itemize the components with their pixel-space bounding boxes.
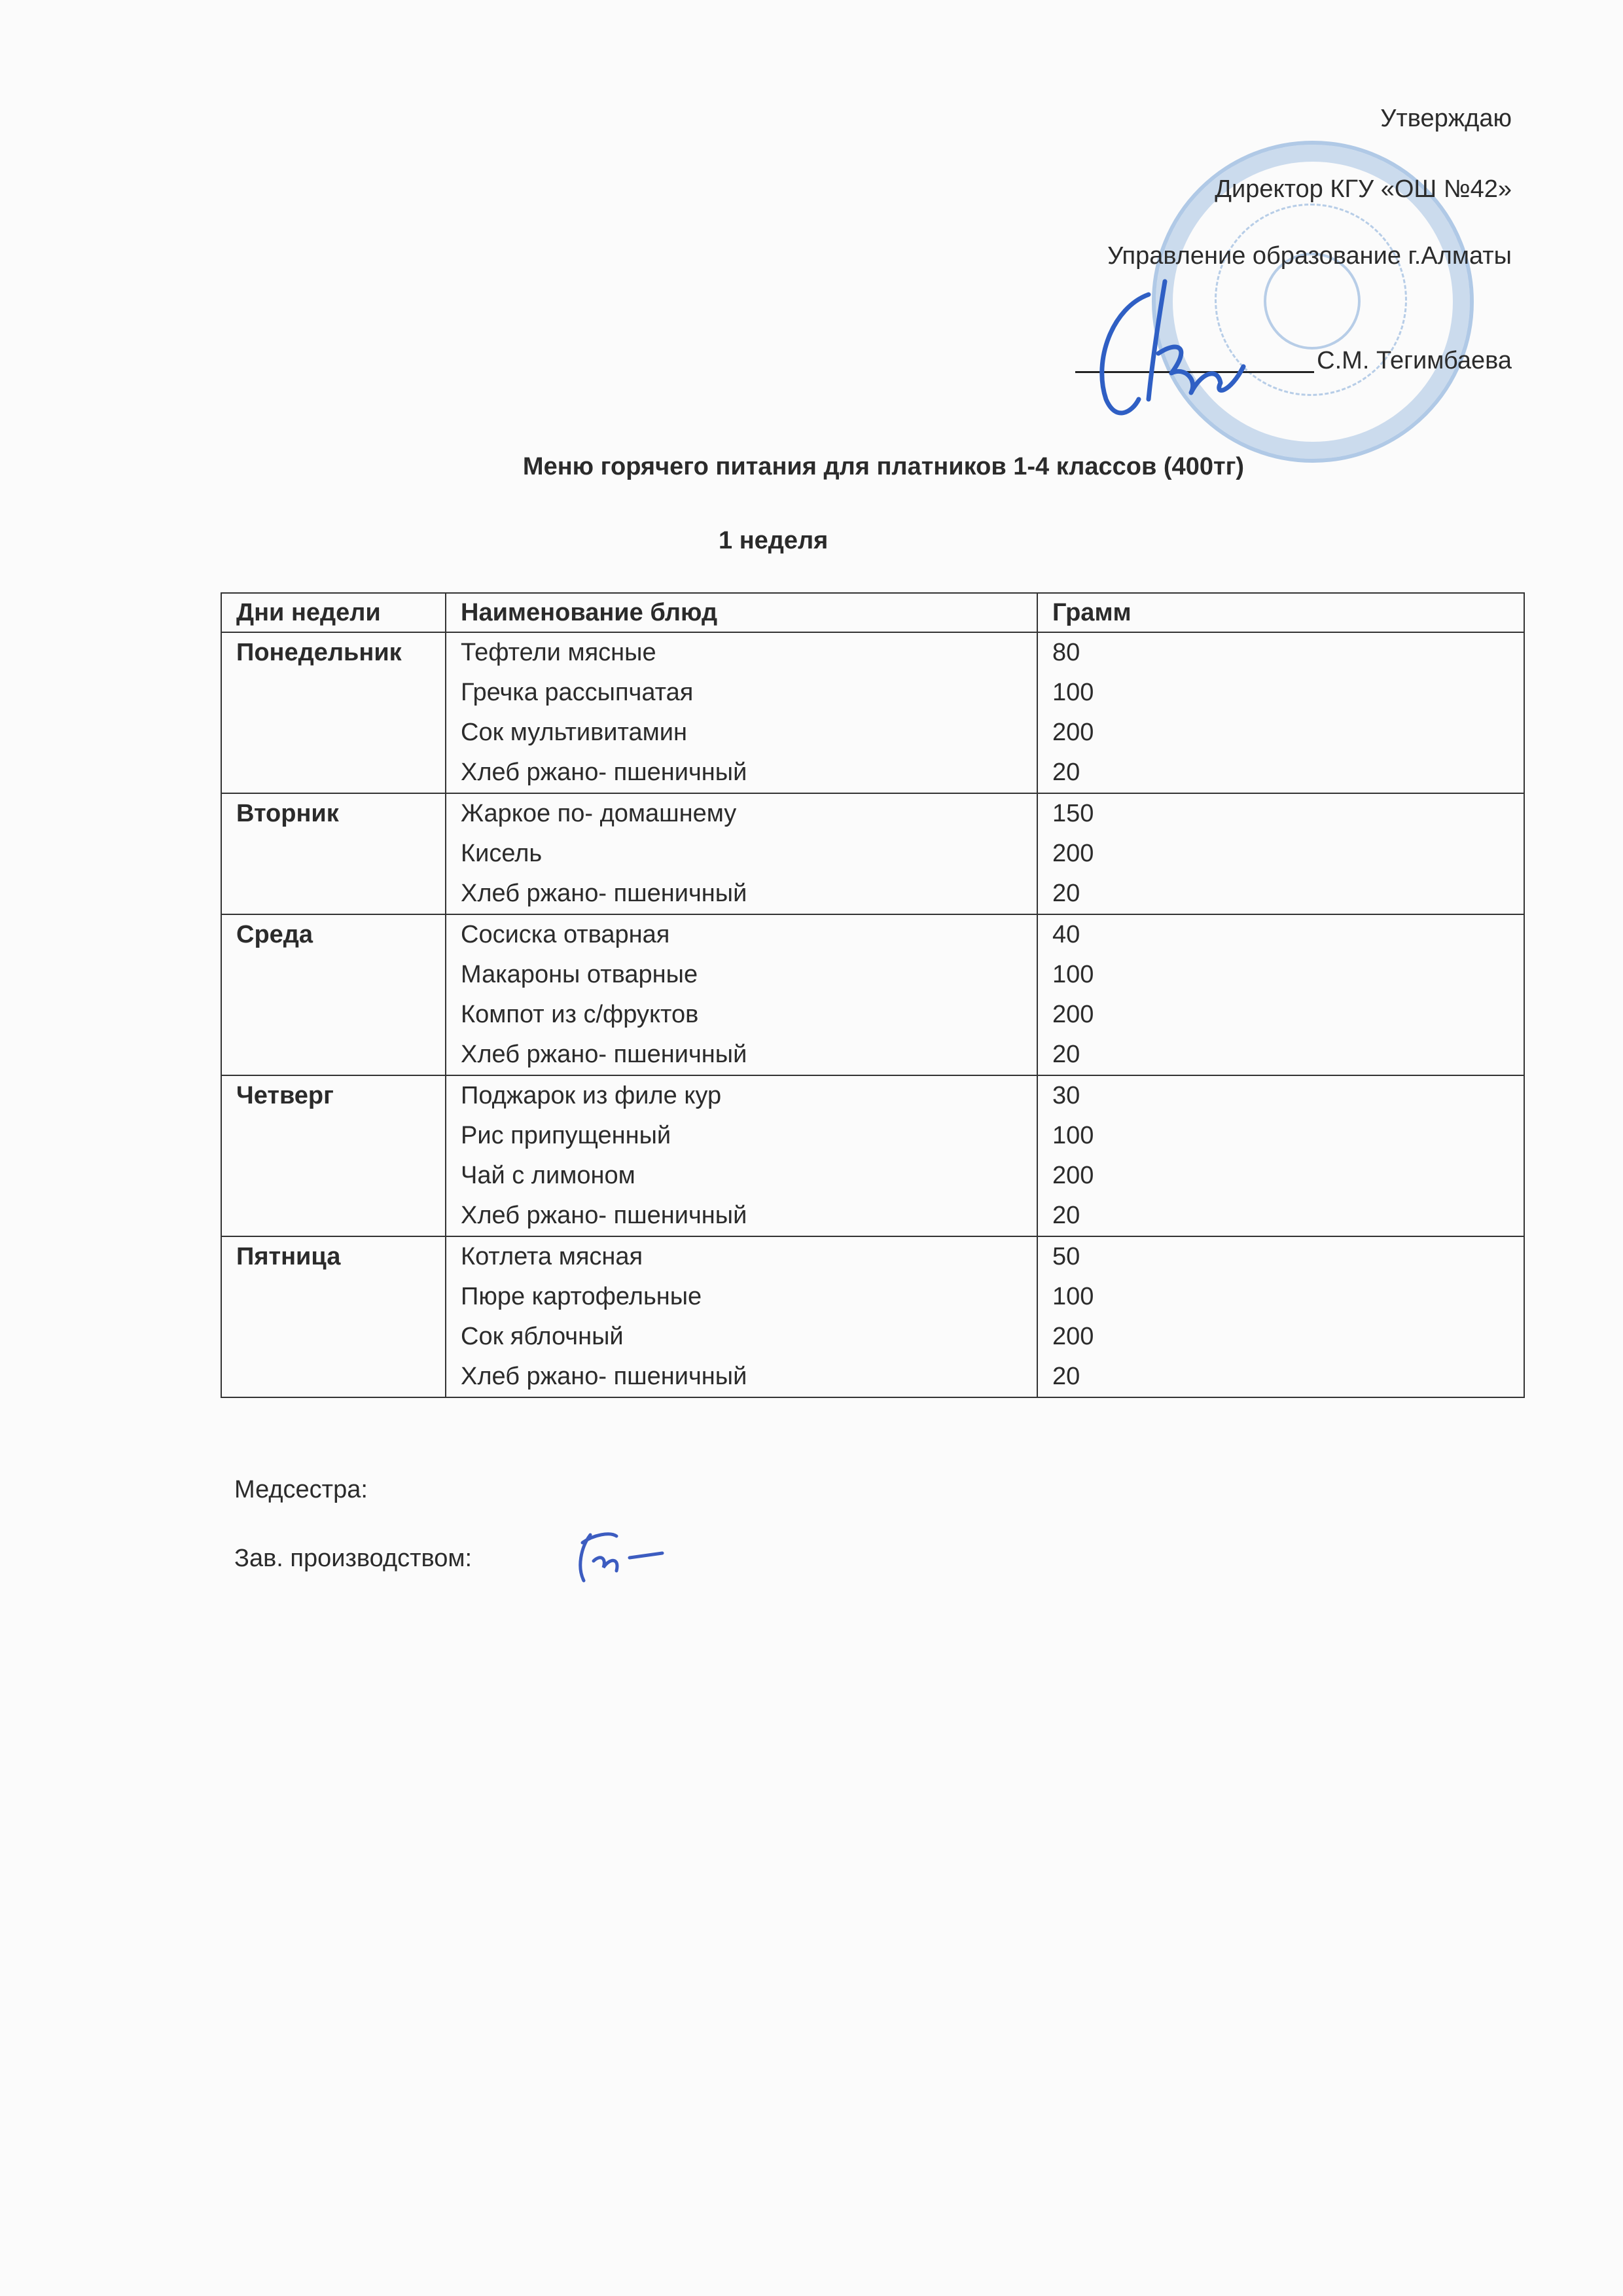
dish-name: Рис припущенный xyxy=(461,1116,1037,1156)
production-manager-label: Зав. производством: xyxy=(234,1545,472,1573)
dish-grams: 20 xyxy=(1052,1357,1524,1397)
dish-name: Тефтели мясные xyxy=(461,633,1037,673)
approval-position: Директор КГУ «ОШ №42» xyxy=(1215,177,1512,202)
dish-name: Котлета мясная xyxy=(461,1237,1037,1277)
approval-signatory: С.М. Тегимбаева xyxy=(1317,348,1512,373)
dish-name: Сосиска отварная xyxy=(461,915,1037,955)
dishes-cell: Сосиска отварнаяМакароны отварныеКомпот … xyxy=(446,914,1037,1075)
grams-cell: 4010020020 xyxy=(1037,914,1524,1075)
dish-name: Хлеб ржано- пшеничный xyxy=(461,753,1037,793)
day-cell: Среда xyxy=(221,914,446,1075)
dish-name: Хлеб ржано- пшеничный xyxy=(461,874,1037,914)
dish-grams: 80 xyxy=(1052,633,1524,673)
table-row: СредаСосиска отварнаяМакароны отварныеКо… xyxy=(221,914,1524,1075)
dish-name: Макароны отварные xyxy=(461,955,1037,995)
dish-grams: 20 xyxy=(1052,753,1524,793)
document-title: Меню горячего питания для платников 1-4 … xyxy=(0,453,1623,481)
dishes-cell: Поджарок из филе курРис припущенныйЧай с… xyxy=(446,1075,1037,1236)
dish-name: Поджарок из филе кур xyxy=(461,1076,1037,1116)
day-cell: Вторник xyxy=(221,793,446,914)
signature-underline xyxy=(1075,351,1314,373)
day-cell: Пятница xyxy=(221,1236,446,1397)
table-body: ПонедельникТефтели мясныеГречка рассыпча… xyxy=(221,632,1524,1397)
dish-grams: 100 xyxy=(1052,673,1524,713)
dish-name: Кисель xyxy=(461,834,1037,874)
dish-grams: 200 xyxy=(1052,834,1524,874)
director-signature-icon xyxy=(1086,268,1302,425)
header-dishes: Наименование блюд xyxy=(446,593,1037,632)
grams-cell: 15020020 xyxy=(1037,793,1524,914)
dish-grams: 40 xyxy=(1052,915,1524,955)
approval-signature-line: С.М. Тегимбаева xyxy=(1075,348,1512,373)
dish-grams: 200 xyxy=(1052,1156,1524,1196)
grams-cell: 8010020020 xyxy=(1037,632,1524,793)
dish-grams: 30 xyxy=(1052,1076,1524,1116)
approval-heading: Утверждаю xyxy=(1380,106,1512,131)
day-cell: Понедельник xyxy=(221,632,446,793)
table-row: ПонедельникТефтели мясныеГречка рассыпча… xyxy=(221,632,1524,793)
dish-name: Сок мультивитамин xyxy=(461,713,1037,753)
week-label: 1 неделя xyxy=(719,527,828,555)
dish-name: Жаркое по- домашнему xyxy=(461,794,1037,834)
dish-grams: 20 xyxy=(1052,1035,1524,1075)
dishes-cell: Жаркое по- домашнемуКисельХлеб ржано- пш… xyxy=(446,793,1037,914)
header-grams: Грамм xyxy=(1037,593,1524,632)
dish-grams: 150 xyxy=(1052,794,1524,834)
dishes-cell: Тефтели мясныеГречка рассыпчатаяСок муль… xyxy=(446,632,1037,793)
approval-organization: Управление образование г.Алматы xyxy=(1107,243,1512,268)
table-row: ЧетвергПоджарок из филе курРис припущенн… xyxy=(221,1075,1524,1236)
header-days: Дни недели xyxy=(221,593,446,632)
dish-grams: 20 xyxy=(1052,874,1524,914)
menu-table: Дни недели Наименование блюд Грамм Понед… xyxy=(221,592,1525,1398)
grams-cell: 5010020020 xyxy=(1037,1236,1524,1397)
dishes-cell: Котлета мяснаяПюре картофельныеСок яблоч… xyxy=(446,1236,1037,1397)
dish-name: Чай с лимоном xyxy=(461,1156,1037,1196)
dish-grams: 20 xyxy=(1052,1196,1524,1236)
table-header-row: Дни недели Наименование блюд Грамм xyxy=(221,593,1524,632)
dish-name: Гречка рассыпчатая xyxy=(461,673,1037,713)
production-manager-signature-icon xyxy=(564,1528,669,1587)
dish-grams: 100 xyxy=(1052,1116,1524,1156)
dish-name: Хлеб ржано- пшеничный xyxy=(461,1357,1037,1397)
grams-cell: 3010020020 xyxy=(1037,1075,1524,1236)
dish-grams: 100 xyxy=(1052,1277,1524,1317)
table-row: ПятницаКотлета мяснаяПюре картофельныеСо… xyxy=(221,1236,1524,1397)
dish-name: Компот из с/фруктов xyxy=(461,995,1037,1035)
dish-grams: 50 xyxy=(1052,1237,1524,1277)
dish-name: Пюре картофельные xyxy=(461,1277,1037,1317)
dish-name: Сок яблочный xyxy=(461,1317,1037,1357)
dish-grams: 200 xyxy=(1052,1317,1524,1357)
dish-grams: 200 xyxy=(1052,995,1524,1035)
dish-name: Хлеб ржано- пшеничный xyxy=(461,1196,1037,1236)
table-row: ВторникЖаркое по- домашнемуКисельХлеб рж… xyxy=(221,793,1524,914)
dish-grams: 200 xyxy=(1052,713,1524,753)
dish-grams: 100 xyxy=(1052,955,1524,995)
day-cell: Четверг xyxy=(221,1075,446,1236)
dish-name: Хлеб ржано- пшеничный xyxy=(461,1035,1037,1075)
nurse-label: Медсестра: xyxy=(234,1476,368,1504)
